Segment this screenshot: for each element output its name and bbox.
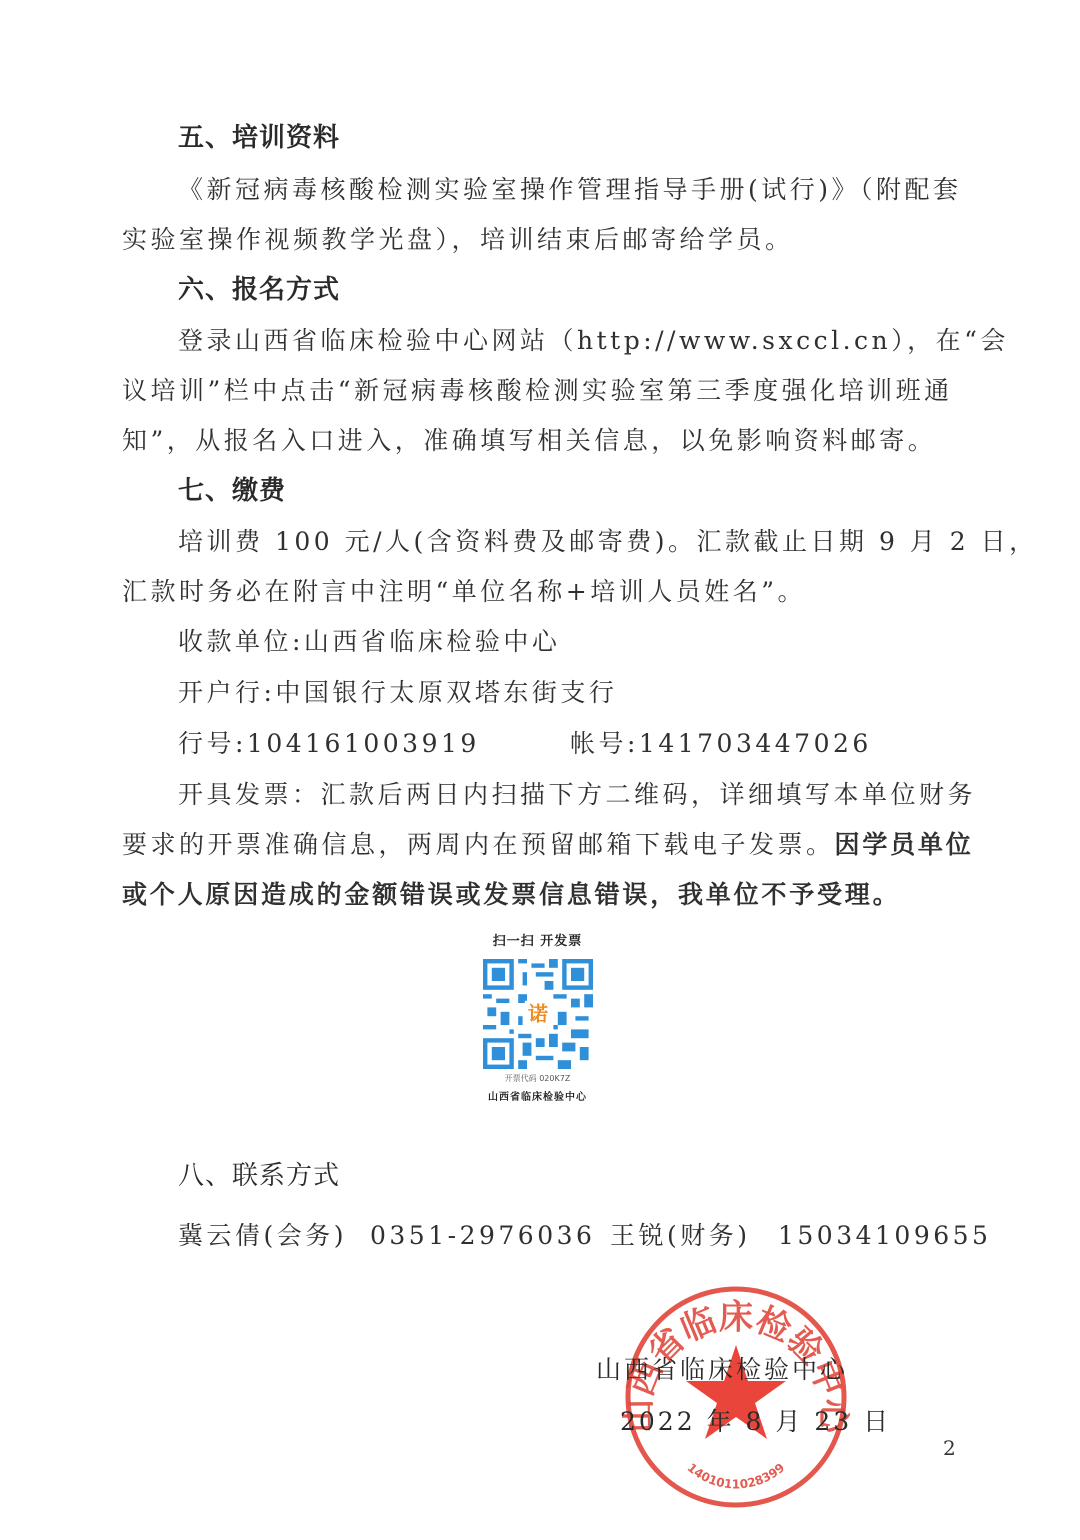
bank-line: 开户行:中国银行太原双塔东街支行: [178, 677, 617, 709]
invoice-qr-block: 扫一扫 开发票 诺: [470, 930, 605, 1103]
paragraph-line: 议培训”栏中点击“新冠病毒核酸检测实验室第三季度强化培训班通: [122, 375, 953, 407]
section-heading-training-materials: 五、培训资料: [178, 122, 340, 154]
invoice-text: 要求的开票准确信息，两周内在预留邮箱下载电子发票。: [122, 830, 835, 859]
invoice-warning-line: 或个人原因造成的金额错误或发票信息错误，我单位不予受理。: [122, 879, 900, 911]
qr-center-logo: 诺: [527, 1002, 548, 1026]
bank-code-line: 行号:104161003919: [178, 728, 480, 760]
document-page: 五、培训资料 《新冠病毒核酸检测实验室操作管理指导手册(试行)》（附配套 实验室…: [0, 0, 1080, 1540]
paragraph-line: 要求的开票准确信息，两周内在预留邮箱下载电子发票。因学员单位: [122, 829, 974, 861]
paragraph-line: 实验室操作视频教学光盘），培训结束后邮寄给学员。: [122, 224, 794, 256]
page-number: 2: [943, 1436, 956, 1460]
signature-org: 山西省临床检验中心: [596, 1350, 848, 1386]
paragraph-line: 培训费 100 元/人(含资料费及邮寄费)。汇款截止日期 9 月 2 日，: [178, 526, 1038, 558]
invoice-warning-text: 因学员单位: [835, 830, 974, 859]
qr-org-name: 山西省临床检验中心: [470, 1088, 605, 1103]
contact-phone: 15034109655: [778, 1220, 991, 1252]
section-heading-registration: 六、报名方式: [178, 274, 340, 306]
paragraph-line: 知”，从报名入口进入，准确填写相关信息，以免影响资料邮寄。: [122, 425, 936, 457]
section-heading-payment: 七、缴费: [178, 475, 286, 507]
section-heading-contact: 八、联系方式: [178, 1160, 340, 1192]
account-number-line: 帐号:141703447026: [570, 728, 872, 760]
qr-code-icon: 诺: [483, 959, 593, 1069]
payee-line: 收款单位:山西省临床检验中心: [178, 626, 560, 658]
official-seal-icon: 山西省临床检验中心 1401011028399: [622, 1283, 850, 1511]
seal-code: 1401011028399: [685, 1460, 788, 1491]
paragraph-line: 汇款时务必在附言中注明“单位名称+培训人员姓名”。: [122, 576, 806, 608]
qr-code[interactable]: 诺: [483, 959, 593, 1069]
qr-caption: 开票代码 020K7Z: [470, 1073, 605, 1084]
qr-title: 扫一扫 开发票: [470, 930, 605, 949]
contact-phone: 0351-2976036: [370, 1220, 595, 1252]
paragraph-line: 登录山西省临床检验中心网站（http://www.sxccl.cn），在“会: [178, 325, 1009, 357]
svg-text:1401011028399: 1401011028399: [685, 1460, 788, 1491]
paragraph-line: 开具发票：汇款后两日内扫描下方二维码，详细填写本单位财务: [178, 779, 976, 811]
contact-name: 王锐(财务): [610, 1220, 751, 1252]
contact-name: 冀云倩(会务): [178, 1220, 347, 1252]
signature-date: 2022 年 8 月 23 日: [620, 1402, 891, 1438]
paragraph-line: 《新冠病毒核酸检测实验室操作管理指导手册(试行)》（附配套: [178, 174, 962, 206]
